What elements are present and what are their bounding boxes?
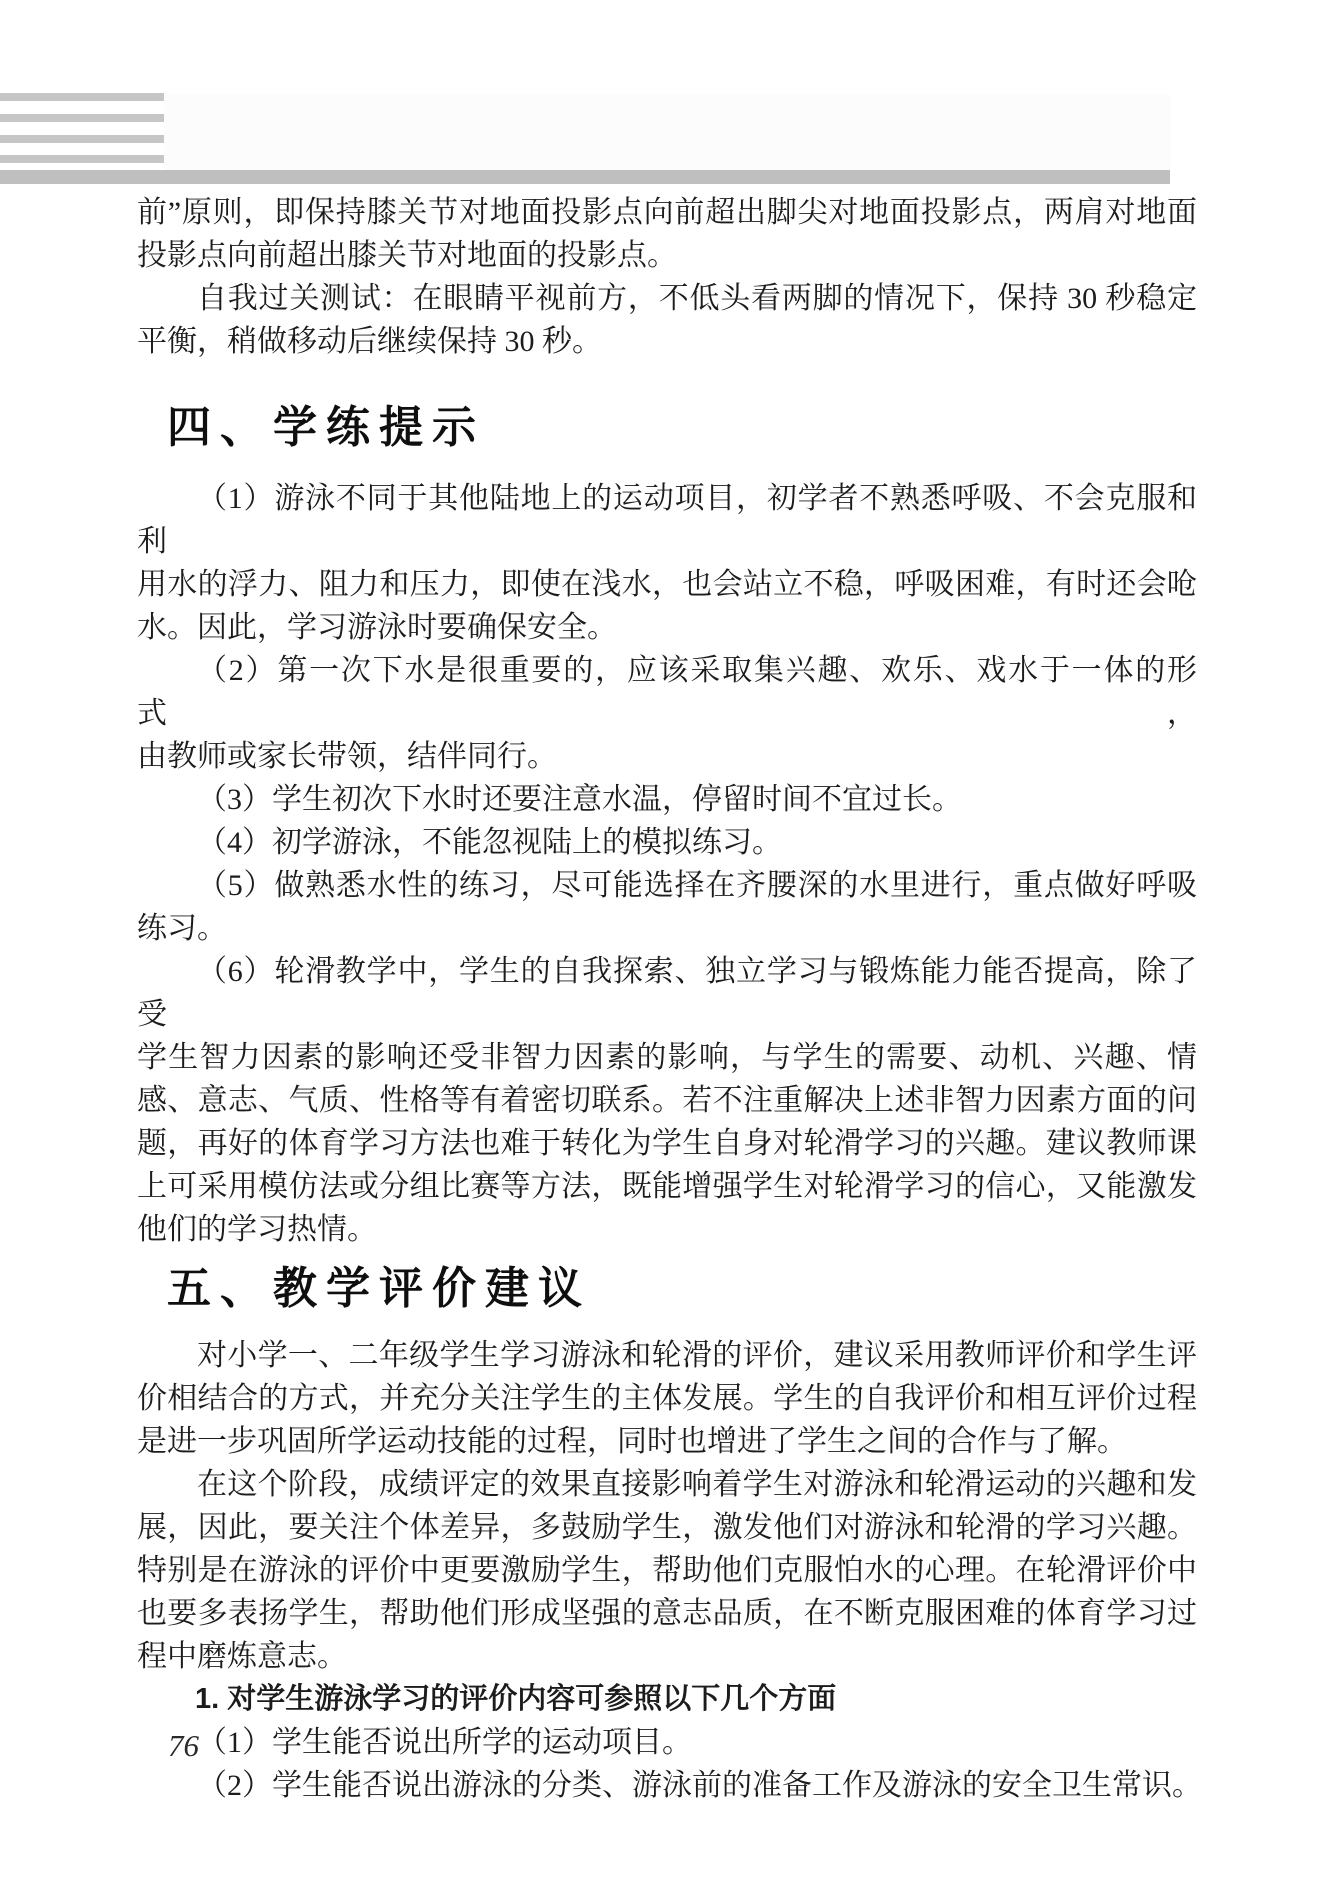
paragraph: 对小学一、二年级学生学习游泳和轮滑的评价，建议采用教师评价和学生评价相结合的方式… [137,1334,1197,1463]
section-heading: 四、学练提示 [167,399,1197,457]
text-line: 特别是在游泳的评价中更要激励学生，帮助他们克服怕水的心理。在轮滑评价中 [137,1549,1197,1592]
paragraph: （1）游泳不同于其他陆地上的运动项目，初学者不熟悉呼吸、不会克服和利用水的浮力、… [137,477,1197,649]
text-line: 由教师或家长带领，结伴同行。 [137,735,1197,778]
text-line: 自我过关测试：在眼睛平视前方，不低头看两脚的情况下，保持 30 秒稳定 [137,277,1197,320]
content-blocks: 前”原则，即保持膝关节对地面投影点向前超出脚尖对地面投影点，两肩对地面投影点向前… [137,0,1197,1807]
text-line: 程中磨炼意志。 [137,1635,1197,1678]
text-line: 上可采用模仿法或分组比赛等方法，既能增强学生对轮滑学习的信心，又能激发 [137,1165,1197,1208]
text-line: （1）学生能否说出所学的运动项目。 [137,1721,1197,1764]
text-line: 用水的浮力、阻力和压力，即使在浅水，也会站立不稳，呼吸困难，有时还会呛 [137,563,1197,606]
text-line: 也要多表扬学生，帮助他们形成坚强的意志品质，在不断克服困难的体育学习过 [137,1592,1197,1635]
text-line: （4）初学游泳，不能忽视陆上的模拟练习。 [137,821,1197,864]
text-line: 投影点向前超出膝关节对地面的投影点。 [137,234,1197,277]
text-line: （6）轮滑教学中，学生的自我探索、独立学习与锻炼能力能否提高，除了受 [137,950,1197,1036]
text-line: 学生智力因素的影响还受非智力因素的影响，与学生的需要、动机、兴趣、情 [137,1036,1197,1079]
paragraph: （2）学生能否说出游泳的分类、游泳前的准备工作及游泳的安全卫生常识。 [137,1764,1197,1807]
text-line: 对小学一、二年级学生学习游泳和轮滑的评价，建议采用教师评价和学生评 [137,1334,1197,1377]
text-line: 前”原则，即保持膝关节对地面投影点向前超出脚尖对地面投影点，两肩对地面 [137,191,1197,234]
paragraph: （5）做熟悉水性的练习，尽可能选择在齐腰深的水里进行，重点做好呼吸练习。 [137,864,1197,950]
list-heading: 1. 对学生游泳学习的评价内容可参照以下几个方面 [137,1678,1197,1721]
paragraph: （2）第一次下水是很重要的，应该采取集兴趣、欢乐、戏水于一体的形式，由教师或家长… [137,649,1197,778]
text-line: 价相结合的方式，并充分关注学生的主体发展。学生的自我评价和相互评价过程 [137,1377,1197,1420]
section-heading: 五、教学评价建议 [167,1260,1197,1318]
paragraph: （6）轮滑教学中，学生的自我探索、独立学习与锻炼能力能否提高，除了受学生智力因素… [137,950,1197,1251]
paragraph: 在这个阶段，成绩评定的效果直接影响着学生对游泳和轮滑运动的兴趣和发展，因此，要关… [137,1463,1197,1678]
document-page: { "page": { "number": "76" }, "content":… [0,0,1331,1884]
paragraph: （4）初学游泳，不能忽视陆上的模拟练习。 [137,821,1197,864]
text-line: 平衡，稍做移动后继续保持 30 秒。 [137,320,1197,363]
text-line: （2）第一次下水是很重要的，应该采取集兴趣、欢乐、戏水于一体的形式， [137,649,1197,735]
text-line: （2）学生能否说出游泳的分类、游泳前的准备工作及游泳的安全卫生常识。 [137,1764,1197,1807]
text-line: （1）游泳不同于其他陆地上的运动项目，初学者不熟悉呼吸、不会克服和利 [137,477,1197,563]
text-line: 1. 对学生游泳学习的评价内容可参照以下几个方面 [137,1678,1197,1721]
text-line: 在这个阶段，成绩评定的效果直接影响着学生对游泳和轮滑运动的兴趣和发 [137,1463,1197,1506]
paragraph: （3）学生初次下水时还要注意水温，停留时间不宜过长。 [137,778,1197,821]
page-number: 76 [168,1728,199,1764]
text-line: 是进一步巩固所学运动技能的过程，同时也增进了学生之间的合作与了解。 [137,1420,1197,1463]
paragraph: 自我过关测试：在眼睛平视前方，不低头看两脚的情况下，保持 30 秒稳定平衡，稍做… [137,277,1197,363]
text-line: 他们的学习热情。 [137,1208,1197,1251]
text-line: 题，再好的体育学习方法也难于转化为学生自身对轮滑学习的兴趣。建议教师课 [137,1122,1197,1165]
text-line: 水。因此，学习游泳时要确保安全。 [137,606,1197,649]
paragraph: 前”原则，即保持膝关节对地面投影点向前超出脚尖对地面投影点，两肩对地面投影点向前… [137,191,1197,277]
text-line: 练习。 [137,907,1197,950]
text-line: （5）做熟悉水性的练习，尽可能选择在齐腰深的水里进行，重点做好呼吸 [137,864,1197,907]
text-line: 展，因此，要关注个体差异，多鼓励学生，激发他们对游泳和轮滑的学习兴趣。 [137,1506,1197,1549]
paragraph: （1）学生能否说出所学的运动项目。 [137,1721,1197,1764]
text-line: （3）学生初次下水时还要注意水温，停留时间不宜过长。 [137,778,1197,821]
text-line: 感、意志、气质、性格等有着密切联系。若不注重解决上述非智力因素方面的问 [137,1079,1197,1122]
